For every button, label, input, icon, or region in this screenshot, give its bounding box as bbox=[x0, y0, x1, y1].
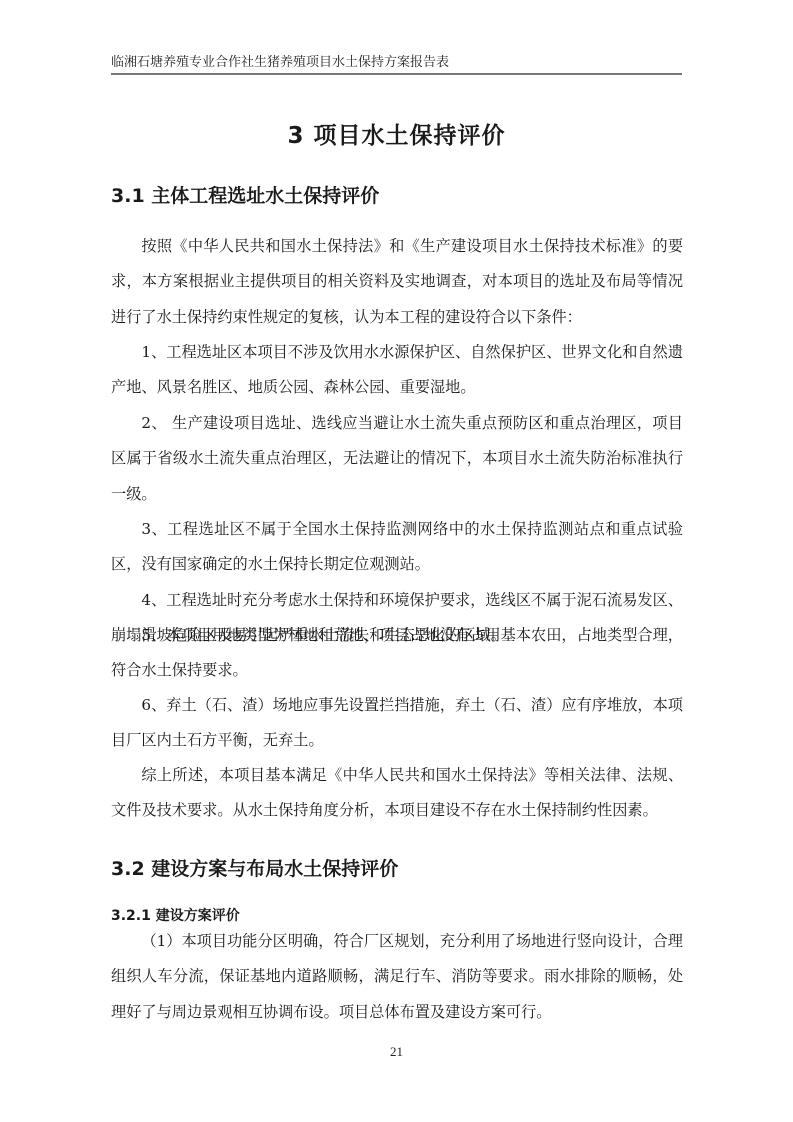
paragraph-item-5: 5、本项目用地类型为林地和荒地，项目占地没有占用基本农田，占地类型合理，符合水土… bbox=[111, 618, 683, 689]
paragraph-item-2: 2、 生产建设项目选址、选线应当避让水土流失重点预防区和重点治理区，项目区属于省… bbox=[111, 406, 683, 512]
subsection-heading-3-2-1: 3.2.1 建设方案评价 bbox=[111, 906, 240, 926]
page-number: 21 bbox=[0, 1044, 793, 1060]
header-divider bbox=[111, 73, 682, 75]
paragraph-item-1: 1、工程选址区本项目不涉及饮用水水源保护区、自然保护区、世界文化和自然遗产地、风… bbox=[111, 335, 683, 406]
paragraph-item-3: 3、工程选址区不属于全国水土保持监测网络中的水土保持监测站点和重点试验 区，没有… bbox=[111, 512, 683, 583]
chapter-title: 3 项目水土保持评价 bbox=[0, 120, 793, 152]
paragraph-conclusion: 综上所述，本项目基本满足《中华人民共和国水土保持法》等相关法律、法规、 文件及技… bbox=[111, 758, 683, 829]
running-header: 临湘石塘养殖专业合作社生猪养殖项目水土保持方案报告表 bbox=[111, 54, 686, 72]
section-heading-3-1: 3.1 主体工程选址水土保持评价 bbox=[111, 183, 379, 209]
paragraph-intro: 按照《中华人民共和国水土保持法》和《生产建设项目水土保持技术标准》的要求，本方案… bbox=[111, 229, 683, 335]
section-heading-3-2: 3.2 建设方案与布局水土保持评价 bbox=[111, 856, 398, 882]
paragraph-scheme-evaluation: （1）本项目功能分区明确，符合厂区规划，充分利用了场地进行竖向设计，合理组织人车… bbox=[111, 924, 683, 1030]
paragraph-item-6: 6、弃土（石、渣）场地应事先设置拦挡措施，弃土（石、渣）应有序堆放，本项目厂区内… bbox=[111, 688, 683, 759]
